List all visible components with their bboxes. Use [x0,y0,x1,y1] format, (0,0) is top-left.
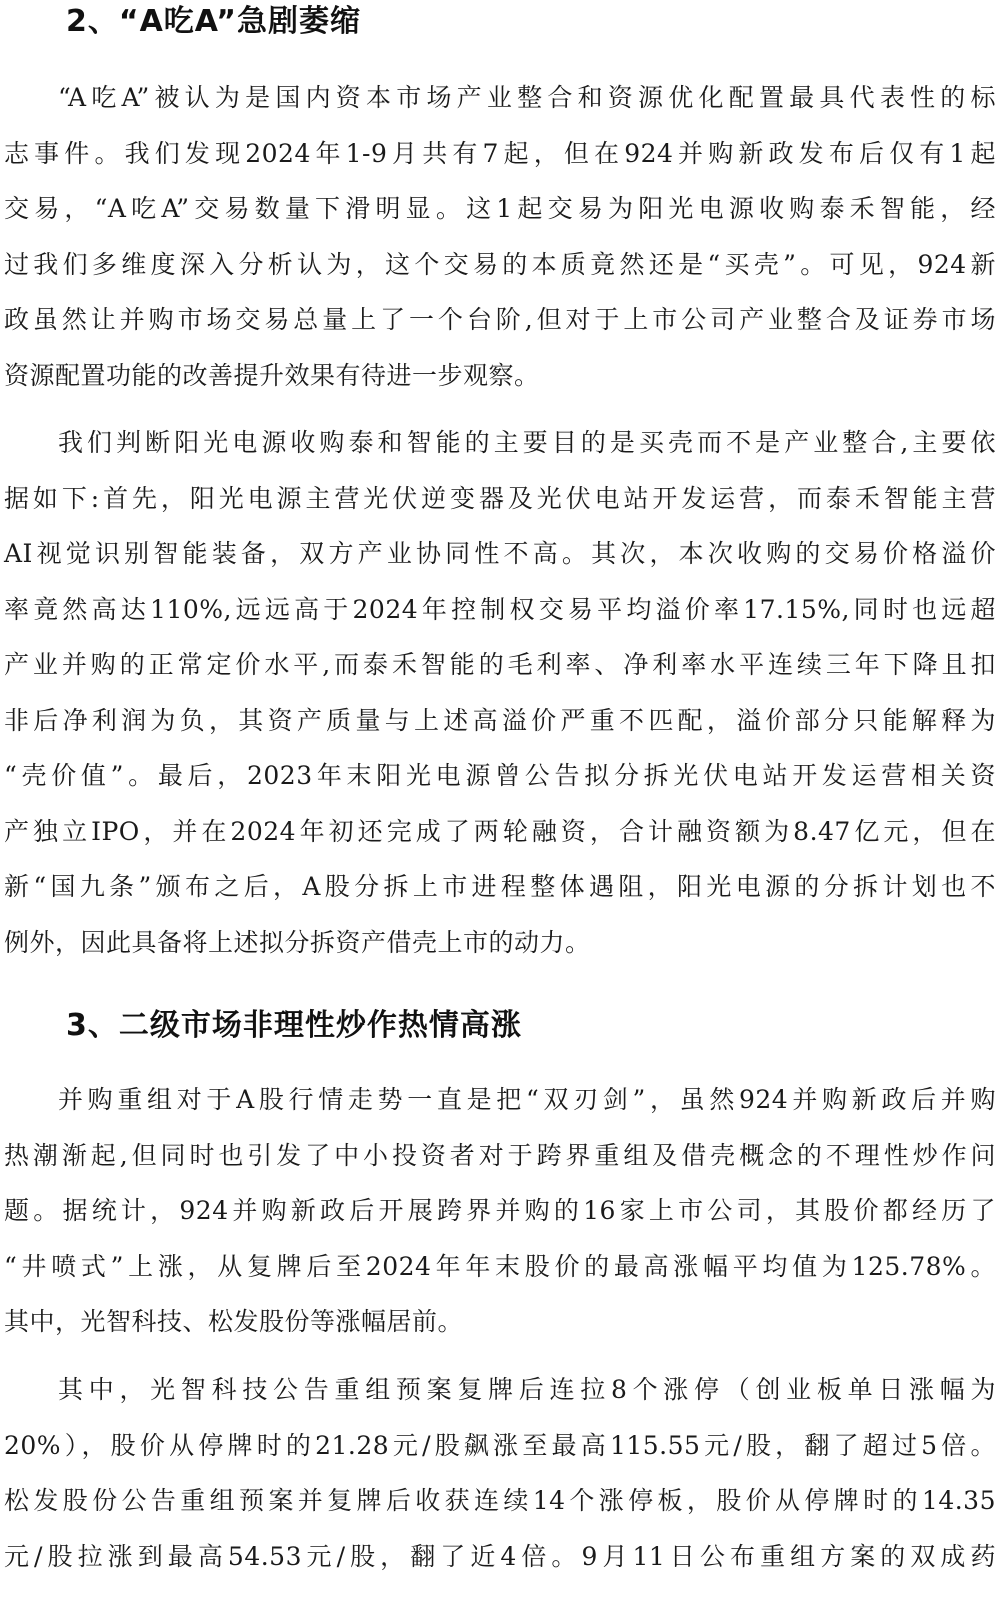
text-line: 率竟然高达110%,远远高于2024年控制权交易平均溢价率17.15%,同时也远… [0,582,1000,638]
text-line: 过我们多维度深入分析认为，这个交易的本质竟然还是“买壳”。可见，924新 [0,237,1000,293]
text-line: 其中，光智科技、松发股份等涨幅居前。 [0,1294,1000,1350]
text-line: 其中，光智科技公告重组预案复牌后连拉8个涨停（创业板单日涨幅为 [0,1362,1000,1418]
text-line: 产业并购的正常定价水平,而泰禾智能的毛利率、净利率水平连续三年下降且扣 [0,637,1000,693]
text-line: 松发股份公告重组预案并复牌后收获连续14个涨停板，股价从停牌时的14.35 [0,1473,1000,1529]
text-line: 我们判断阳光电源收购泰和智能的主要目的是买壳而不是产业整合,主要依 [0,415,1000,471]
section-heading-2: 2、“A吃A”急剧萎缩 [66,0,361,40]
text-line: 产独立IPO，并在2024年初还完成了两轮融资，合计融资额为8.47亿元，但在 [0,804,1000,860]
text-line: 元/股拉涨到最高54.53元/股，翻了近4倍。9月11日公布重组方案的双成药 [0,1529,1000,1585]
text-line: 例外，因此具备将上述拟分拆资产借壳上市的动力。 [0,915,1000,971]
text-line: 志事件。我们发现2024年1-9月共有7起，但在924并购新政发布后仅有1起 [0,126,1000,182]
paragraph: 其中，光智科技公告重组预案复牌后连拉8个涨停（创业板单日涨幅为 20%），股价从… [0,1362,1000,1584]
text-line: 非后净利润为负，其资产质量与上述高溢价严重不匹配，溢价部分只能解释为 [0,693,1000,749]
text-line: 据如下:首先，阳光电源主营光伏逆变器及光伏电站开发运营，而泰禾智能主营 [0,471,1000,527]
text-line: 题。据统计，924并购新政后开展跨界并购的16家上市公司，其股价都经历了 [0,1183,1000,1239]
text-line: 并购重组对于A股行情走势一直是把“双刃剑”，虽然924并购新政后并购 [0,1072,1000,1128]
paragraph: “A吃A”被认为是国内资本市场产业整合和资源优化配置最具代表性的标 志事件。我们… [0,70,1000,403]
text-line: 政虽然让并购市场交易总量上了一个台阶,但对于上市公司产业整合及证券市场 [0,292,1000,348]
text-line: 20%），股价从停牌时的21.28元/股飙涨至最高115.55元/股，翻了超过5… [0,1418,1000,1474]
text-line: 交易，“A吃A”交易数量下滑明显。这1起交易为阳光电源收购泰禾智能，经 [0,181,1000,237]
section-heading-3: 3、二级市场非理性炒作热情高涨 [66,1000,522,1044]
text-line: “井喷式”上涨，从复牌后至2024年年末股价的最高涨幅平均值为125.78%。 [0,1239,1000,1295]
text-line: “A吃A”被认为是国内资本市场产业整合和资源优化配置最具代表性的标 [0,70,1000,126]
text-line: AI视觉识别智能装备，双方产业协同性不高。其次，本次收购的交易价格溢价 [0,526,1000,582]
paragraph: 我们判断阳光电源收购泰和智能的主要目的是买壳而不是产业整合,主要依 据如下:首先… [0,415,1000,970]
text-line: 热潮渐起,但同时也引发了中小投资者对于跨界重组及借壳概念的不理性炒作问 [0,1128,1000,1184]
paragraph: 并购重组对于A股行情走势一直是把“双刃剑”，虽然924并购新政后并购 热潮渐起,… [0,1072,1000,1350]
text-line: 资源配置功能的改善提升效果有待进一步观察。 [0,348,1000,404]
text-line: “壳价值”。最后，2023年末阳光电源曾公告拟分拆光伏电站开发运营相关资 [0,748,1000,804]
text-line: 新“国九条”颁布之后，A股分拆上市进程整体遇阻，阳光电源的分拆计划也不 [0,859,1000,915]
